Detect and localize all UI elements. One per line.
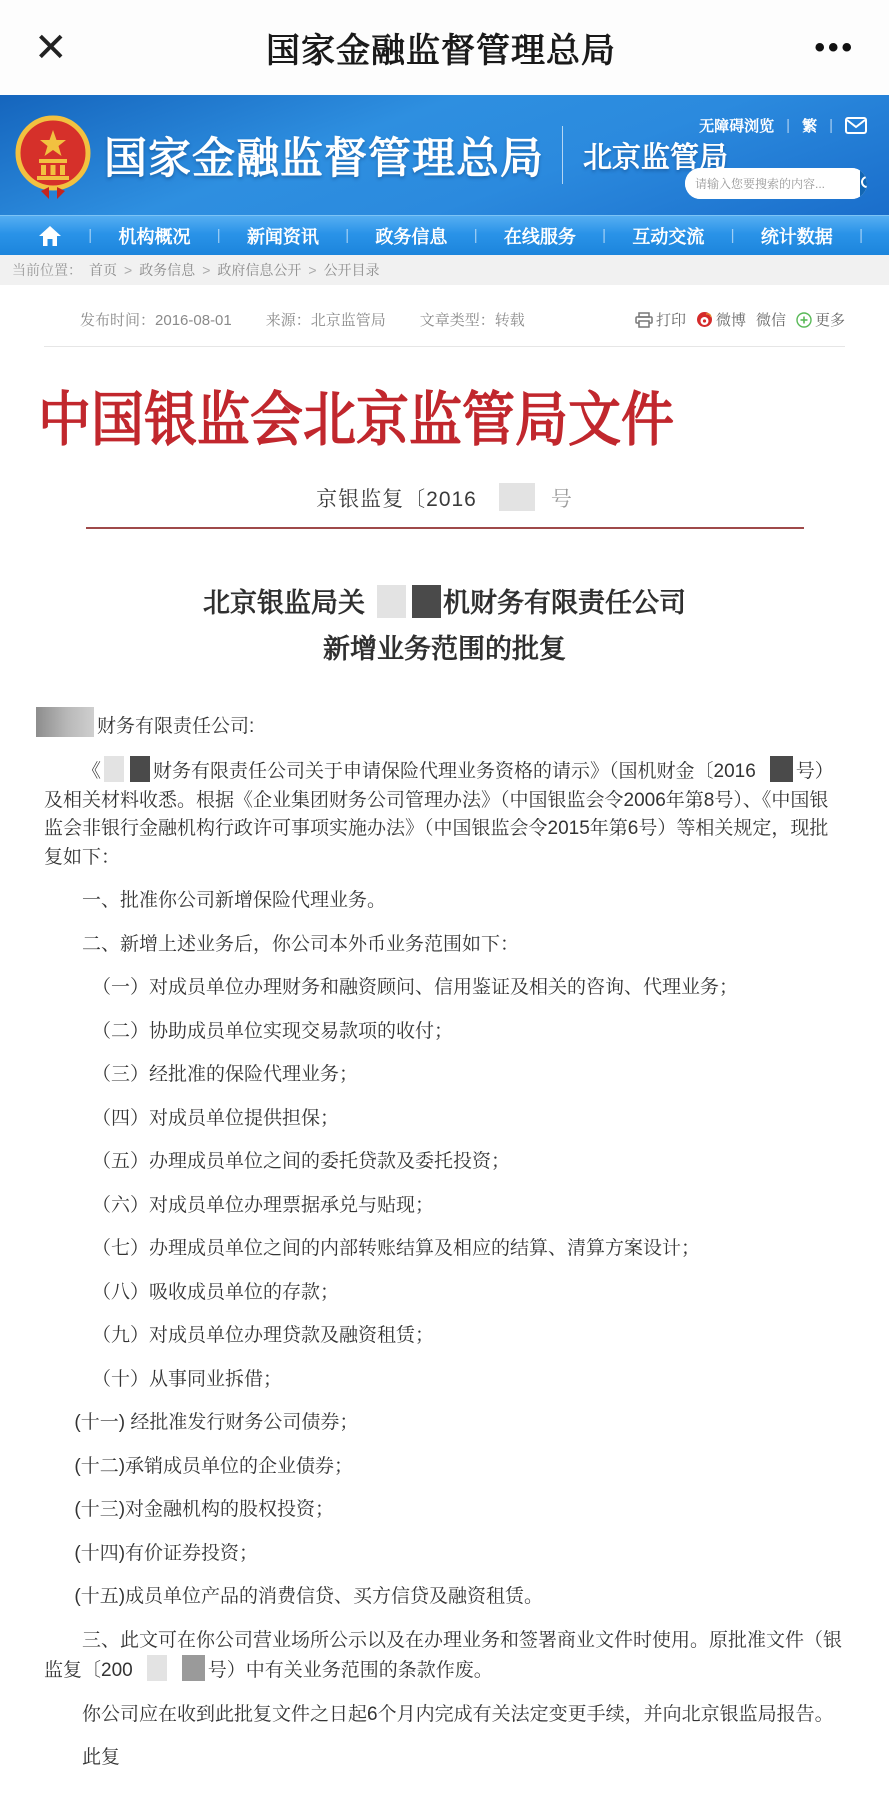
document-body: 财务有限责任公司: 《财务有限责任公司关于申请保险代理业务资格的请示》（国机财金… <box>44 707 845 1773</box>
nav-separator: | <box>731 227 735 244</box>
wechat-titlebar: ✕ 国家金融监督管理总局 ••• <box>0 0 889 95</box>
traditional-chinese-link[interactable]: 繁 <box>802 115 817 136</box>
redaction-block <box>499 483 535 511</box>
site-name: 国家金融监督管理总局 <box>104 125 544 186</box>
wechat-share-button[interactable]: 微信 <box>756 309 786 330</box>
business-scope-item: （十）从事同业拆借； <box>44 1366 845 1395</box>
publish-date: 发布时间：2016-08-01 <box>80 309 232 330</box>
article: 发布时间：2016-08-01 来源：北京监管局 文章类型：转载 打印 <box>0 285 889 1799</box>
business-scope-item: (十四)有价证券投资； <box>44 1540 845 1569</box>
breadcrumb-home[interactable]: 首页 <box>89 260 117 280</box>
page-title: 国家金融监督管理总局 <box>266 23 616 72</box>
document-letterhead: 中国银监会北京监管局文件 <box>38 373 845 458</box>
site-header: 国家金融监督管理总局 北京监管局 无障碍浏览 | 繁 | <box>0 95 889 215</box>
weibo-icon <box>696 311 713 328</box>
closing-phrase: 此复 <box>44 1744 845 1773</box>
header-utils: 无障碍浏览 | 繁 | <box>699 115 867 136</box>
article-type: 文章类型：转载 <box>420 309 525 330</box>
salutation: 财务有限责任公司: <box>36 707 845 742</box>
nav-separator: | <box>88 227 92 244</box>
source: 来源：北京监管局 <box>266 309 386 330</box>
breadcrumb-separator: > <box>124 262 132 278</box>
nav-item-tongji[interactable]: 统计数据 <box>761 223 833 249</box>
business-scope-item: （八）吸收成员单位的存款； <box>44 1279 845 1308</box>
redaction-block <box>377 585 406 618</box>
nav-item-jigou[interactable]: 机构概况 <box>118 223 190 249</box>
paragraph-request: 《财务有限责任公司关于申请保险代理业务资格的请示》（国机财金〔2016号）及相关… <box>44 756 845 872</box>
nav-item-hudong[interactable]: 互动交流 <box>632 223 704 249</box>
meta-divider <box>44 346 845 347</box>
document-title: 北京银监局关机财务有限责任公司 新增业务范围的批复 <box>44 581 845 673</box>
business-scope-item: （一）对成员单位办理财务和融资顾问、信用鉴证及相关的咨询、代理业务； <box>44 974 845 1003</box>
business-scope-item: （二）协助成员单位实现交易款项的收付； <box>44 1018 845 1047</box>
business-scope-item: (十五)成员单位产品的消费信贷、买方信贷及融资租赁。 <box>44 1583 845 1612</box>
home-icon[interactable] <box>38 225 62 247</box>
utils-separator: | <box>829 117 833 134</box>
breadcrumb-separator: > <box>202 262 210 278</box>
redaction-block <box>182 1655 205 1681</box>
approval-item-2: 二、新增上述业务后，你公司本外币业务范围如下： <box>44 931 845 960</box>
more-share-button[interactable]: 更多 <box>796 309 845 330</box>
more-menu-icon[interactable]: ••• <box>814 31 855 65</box>
breadcrumb-zhengwu[interactable]: 政务信息 <box>139 260 195 280</box>
breadcrumb: 当前位置： 首页 > 政务信息 > 政府信息公开 > 公开目录 <box>0 255 889 285</box>
mail-icon[interactable] <box>845 117 867 135</box>
article-meta: 发布时间：2016-08-01 来源：北京监管局 文章类型：转载 打印 <box>44 285 845 330</box>
approval-item-1: 一、批准你公司新增保险代理业务。 <box>44 887 845 916</box>
approval-item-3: 三、此文可在你公司营业场所公示以及在办理业务和签署商业文件时使用。原批准文件（银… <box>44 1627 845 1686</box>
business-scope-item: （九）对成员单位办理贷款及融资租赁； <box>44 1322 845 1351</box>
redaction-block <box>104 756 124 782</box>
share-actions: 打印 微博 微信 更多 <box>635 309 845 330</box>
redaction-block <box>130 756 150 782</box>
accessibility-link[interactable]: 无障碍浏览 <box>699 115 774 136</box>
plus-circle-icon <box>796 312 812 328</box>
search-box <box>685 168 867 199</box>
business-scope-item: （七）办理成员单位之间的内部转账结算及相应的结算、清算方案设计； <box>44 1235 845 1264</box>
nav-separator: | <box>602 227 606 244</box>
breadcrumb-separator: > <box>308 262 316 278</box>
redaction-block <box>147 1655 167 1681</box>
nav-separator: | <box>474 227 478 244</box>
close-icon[interactable]: ✕ <box>34 28 68 68</box>
document-number: 京银监复〔2016号 <box>44 483 845 513</box>
utils-separator: | <box>786 117 790 134</box>
weibo-share-button[interactable]: 微博 <box>696 309 746 330</box>
nav-separator: | <box>345 227 349 244</box>
business-scope-item: (十二)承销成员单位的企业债券； <box>44 1453 845 1482</box>
breadcrumb-gongkai[interactable]: 政府信息公开 <box>217 260 301 280</box>
main-nav: | 机构概况 | 新闻资讯 | 政务信息 | 在线服务 | 互动交流 | 统计数… <box>0 215 889 255</box>
letterhead-red-line <box>86 527 804 529</box>
meta-fields: 发布时间：2016-08-01 来源：北京监管局 文章类型：转载 <box>80 309 525 330</box>
paragraph-deadline: 你公司应在收到此批复文件之日起6个月内完成有关法定变更手续，并向北京银监局报告。 <box>44 1701 845 1730</box>
search-icon <box>860 175 867 192</box>
nav-item-zhengwu[interactable]: 政务信息 <box>375 223 447 249</box>
breadcrumb-label: 当前位置： <box>12 260 82 280</box>
breadcrumb-mulu[interactable]: 公开目录 <box>324 260 380 280</box>
redaction-block <box>36 707 94 737</box>
redaction-block <box>770 756 793 782</box>
nav-separator: | <box>217 227 221 244</box>
business-scope-item: (十一) 经批准发行财务公司债券； <box>44 1409 845 1438</box>
nav-item-zaixian[interactable]: 在线服务 <box>504 223 576 249</box>
national-emblem-icon <box>14 113 92 199</box>
search-input[interactable] <box>685 168 860 199</box>
business-scope-item: （六）对成员单位办理票据承兑与贴现； <box>44 1192 845 1221</box>
print-button[interactable]: 打印 <box>635 309 686 330</box>
search-button[interactable] <box>860 168 867 199</box>
business-scope-item: （四）对成员单位提供担保； <box>44 1105 845 1134</box>
business-scope-item: （三）经批准的保险代理业务； <box>44 1061 845 1090</box>
printer-icon <box>635 312 653 328</box>
header-divider <box>562 126 563 184</box>
business-scope-item: （五）办理成员单位之间的委托贷款及委托投资； <box>44 1148 845 1177</box>
nav-item-xinwen[interactable]: 新闻资讯 <box>247 223 319 249</box>
redaction-block <box>412 585 441 618</box>
nav-separator: | <box>859 227 863 244</box>
business-scope-item: (十三)对金融机构的股权投资； <box>44 1496 845 1525</box>
